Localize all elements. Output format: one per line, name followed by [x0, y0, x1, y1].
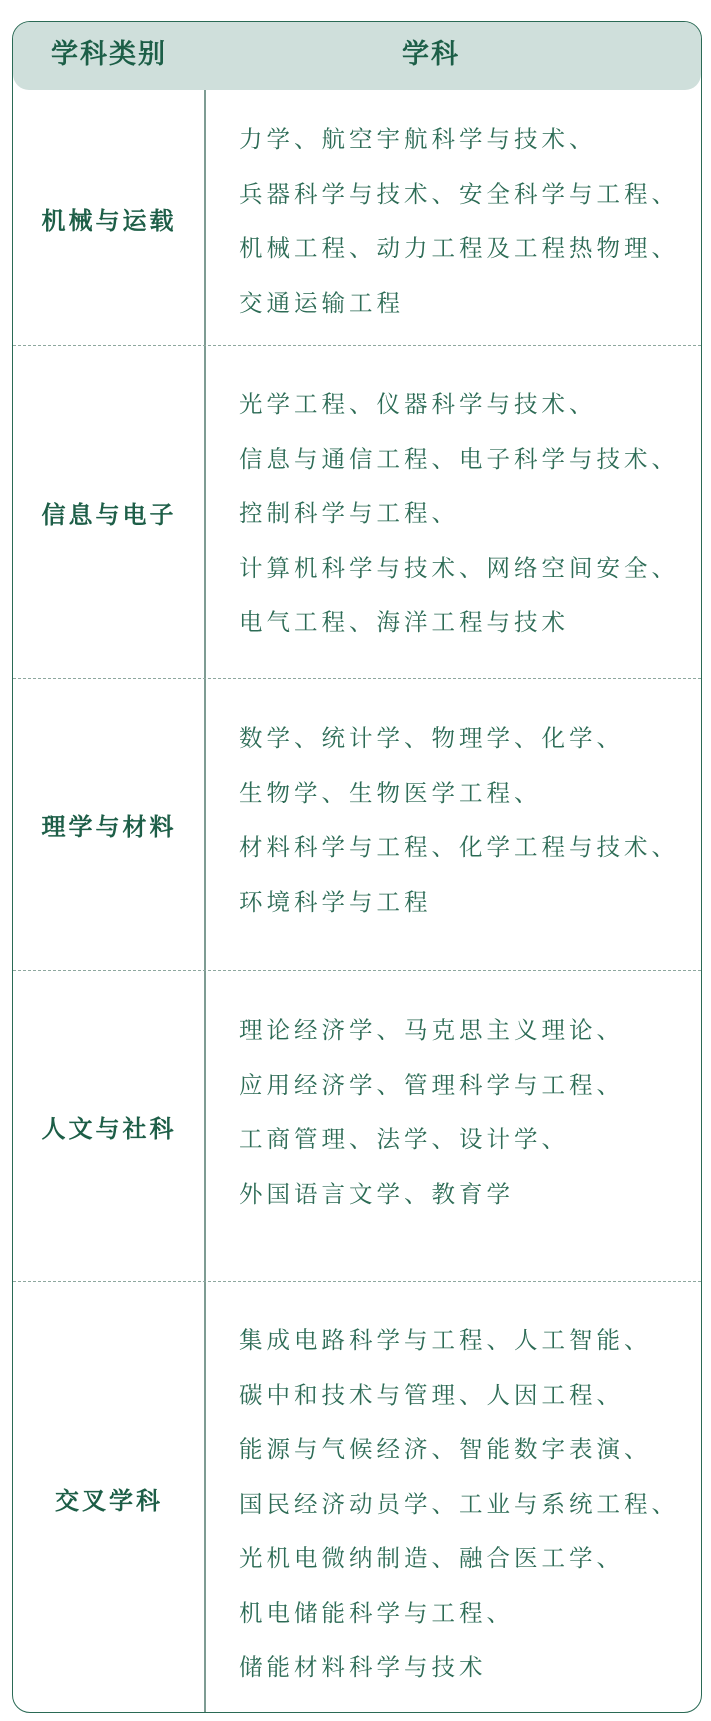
category-cell: 信息与电子 [13, 346, 205, 678]
subject-line: 环境科学与工程 [239, 875, 701, 930]
subject-line: 交通运输工程 [239, 276, 701, 331]
subject-line: 力学、航空宇航科学与技术、 [239, 112, 701, 167]
category-cell: 人文与社科 [13, 971, 205, 1281]
subject-cell: 力学、航空宇航科学与技术、 兵器科学与技术、安全科学与工程、 机械工程、动力工程… [239, 90, 701, 330]
subject-line: 信息与通信工程、电子科学与技术、 [239, 432, 701, 487]
subject-line: 国民经济动员学、工业与系统工程、 [239, 1477, 701, 1532]
discipline-table: 学科类别 学科 机械与运载 力学、航空宇航科学与技术、 兵器科学与技术、安全科学… [12, 21, 702, 1713]
table-row: 信息与电子 光学工程、仪器科学与技术、 信息与通信工程、电子科学与技术、 控制科… [13, 345, 701, 678]
category-cell: 理学与材料 [13, 679, 205, 970]
subject-line: 集成电路科学与工程、人工智能、 [239, 1313, 701, 1368]
subject-line: 数学、统计学、物理学、化学、 [239, 711, 701, 766]
subject-cell: 理论经济学、马克思主义理论、 应用经济学、管理科学与工程、 工商管理、法学、设计… [239, 971, 701, 1221]
subject-line: 光学工程、仪器科学与技术、 [239, 377, 701, 432]
subject-line: 计算机科学与技术、网络空间安全、 [239, 541, 701, 596]
subject-line: 能源与气候经济、智能数字表演、 [239, 1422, 701, 1477]
subject-line: 材料科学与工程、化学工程与技术、 [239, 820, 701, 875]
subject-line: 应用经济学、管理科学与工程、 [239, 1058, 701, 1113]
subject-line: 理论经济学、马克思主义理论、 [239, 1003, 701, 1058]
category-cell: 机械与运载 [13, 90, 205, 346]
subject-cell: 光学工程、仪器科学与技术、 信息与通信工程、电子科学与技术、 控制科学与工程、 … [239, 346, 701, 650]
table-row: 理学与材料 数学、统计学、物理学、化学、 生物学、生物医学工程、 材料科学与工程… [13, 678, 701, 970]
subject-line: 兵器科学与技术、安全科学与工程、 [239, 167, 701, 222]
subject-line: 控制科学与工程、 [239, 486, 701, 541]
table-row: 机械与运载 力学、航空宇航科学与技术、 兵器科学与技术、安全科学与工程、 机械工… [13, 90, 701, 346]
subject-line: 生物学、生物医学工程、 [239, 766, 701, 821]
subject-cell: 集成电路科学与工程、人工智能、 碳中和技术与管理、人因工程、 能源与气候经济、智… [239, 1282, 701, 1695]
header-category: 学科类别 [13, 22, 205, 90]
subject-line: 储能材料科学与技术 [239, 1640, 701, 1695]
table-header: 学科类别 学科 [13, 22, 701, 90]
category-cell: 交叉学科 [13, 1282, 205, 1713]
table-row: 人文与社科 理论经济学、马克思主义理论、 应用经济学、管理科学与工程、 工商管理… [13, 970, 701, 1281]
subject-line: 机械工程、动力工程及工程热物理、 [239, 221, 701, 276]
subject-line: 外国语言文学、教育学 [239, 1167, 701, 1222]
header-subject: 学科 [205, 22, 701, 90]
subject-line: 机电储能科学与工程、 [239, 1586, 701, 1641]
subject-line: 电气工程、海洋工程与技术 [239, 595, 701, 650]
subject-line: 碳中和技术与管理、人因工程、 [239, 1368, 701, 1423]
subject-line: 工商管理、法学、设计学、 [239, 1112, 701, 1167]
subject-cell: 数学、统计学、物理学、化学、 生物学、生物医学工程、 材料科学与工程、化学工程与… [239, 679, 701, 929]
subject-line: 光机电微纳制造、融合医工学、 [239, 1531, 701, 1586]
table-row: 交叉学科 集成电路科学与工程、人工智能、 碳中和技术与管理、人因工程、 能源与气… [13, 1281, 701, 1713]
